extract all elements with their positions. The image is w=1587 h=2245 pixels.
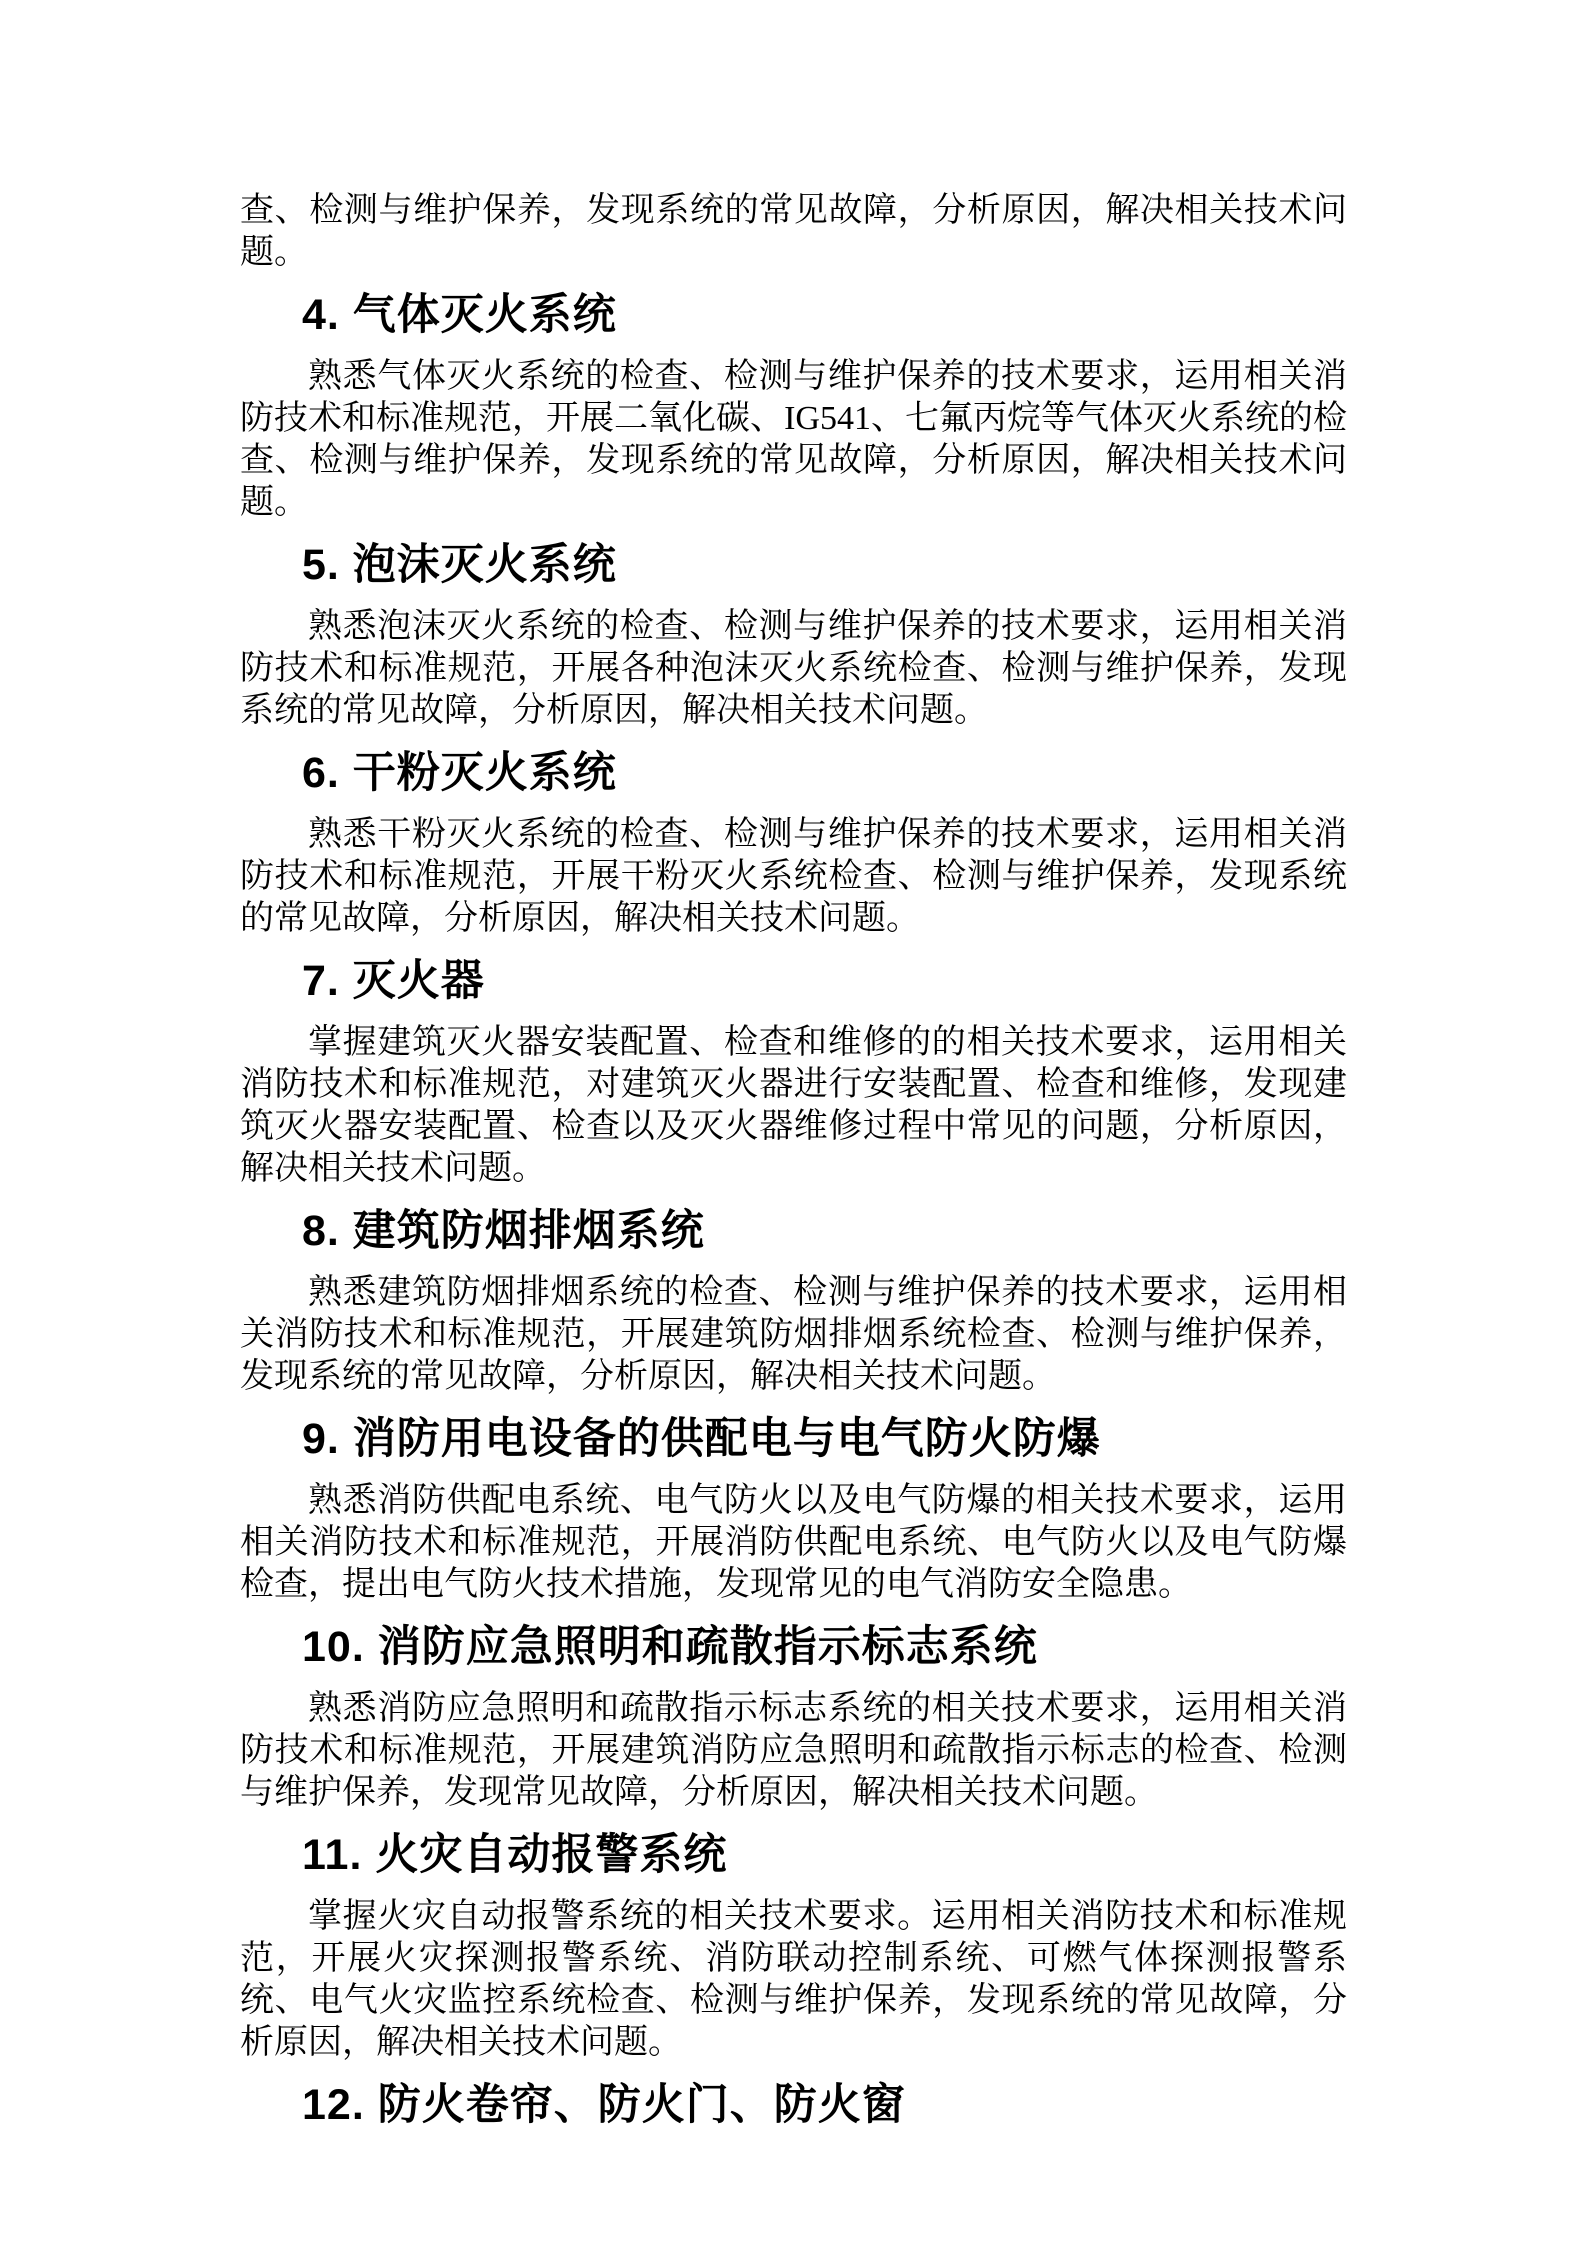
section-paragraph-dry-powder-extinguishing: 熟悉干粉灭火系统的检查、检测与维护保养的技术要求，运用相关消防技术和标准规范，开… [240,814,1347,940]
paragraph-continuation: 查、检测与维护保养，发现系统的常见故障，分析原因，解决相关技术问题。 [240,190,1347,274]
section-paragraph-power-distribution: 熟悉消防供配电系统、电气防火以及电气防爆的相关技术要求，运用相关消防技术和标准规… [240,1480,1347,1606]
section-heading-fire-alarm: 11. 火灾自动报警系统 [240,1829,1347,1881]
section-paragraph-emergency-lighting: 熟悉消防应急照明和疏散指示标志系统的相关技术要求，运用相关消防技术和标准规范，开… [240,1688,1347,1814]
section-heading-fire-extinguisher: 7. 灭火器 [240,955,1347,1007]
section-heading-foam-extinguishing: 5. 泡沫灭火系统 [240,539,1347,591]
section-paragraph-fire-alarm: 掌握火灾自动报警系统的相关技术要求。运用相关消防技术和标准规范，开展火灾探测报警… [240,1896,1347,2064]
section-heading-gas-extinguishing: 4. 气体灭火系统 [240,289,1347,341]
section-paragraph-fire-extinguisher: 掌握建筑灭火器安装配置、检查和维修的的相关技术要求，运用相关消防技术和标准规范，… [240,1022,1347,1190]
section-heading-fire-shutter-door-window: 12. 防火卷帘、防火门、防火窗 [240,2079,1347,2131]
section-heading-power-distribution: 9. 消防用电设备的供配电与电气防火防爆 [240,1413,1347,1465]
section-heading-smoke-control: 8. 建筑防烟排烟系统 [240,1205,1347,1257]
section-paragraph-smoke-control: 熟悉建筑防烟排烟系统的检查、检测与维护保养的技术要求，运用相关消防技术和标准规范… [240,1272,1347,1398]
document-page: 查、检测与维护保养，发现系统的常见故障，分析原因，解决相关技术问题。 4. 气体… [0,0,1587,2245]
section-heading-dry-powder-extinguishing: 6. 干粉灭火系统 [240,747,1347,799]
section-heading-emergency-lighting: 10. 消防应急照明和疏散指示标志系统 [240,1621,1347,1673]
section-paragraph-foam-extinguishing: 熟悉泡沫灭火系统的检查、检测与维护保养的技术要求，运用相关消防技术和标准规范，开… [240,606,1347,732]
section-paragraph-gas-extinguishing: 熟悉气体灭火系统的检查、检测与维护保养的技术要求，运用相关消防技术和标准规范，开… [240,356,1347,524]
